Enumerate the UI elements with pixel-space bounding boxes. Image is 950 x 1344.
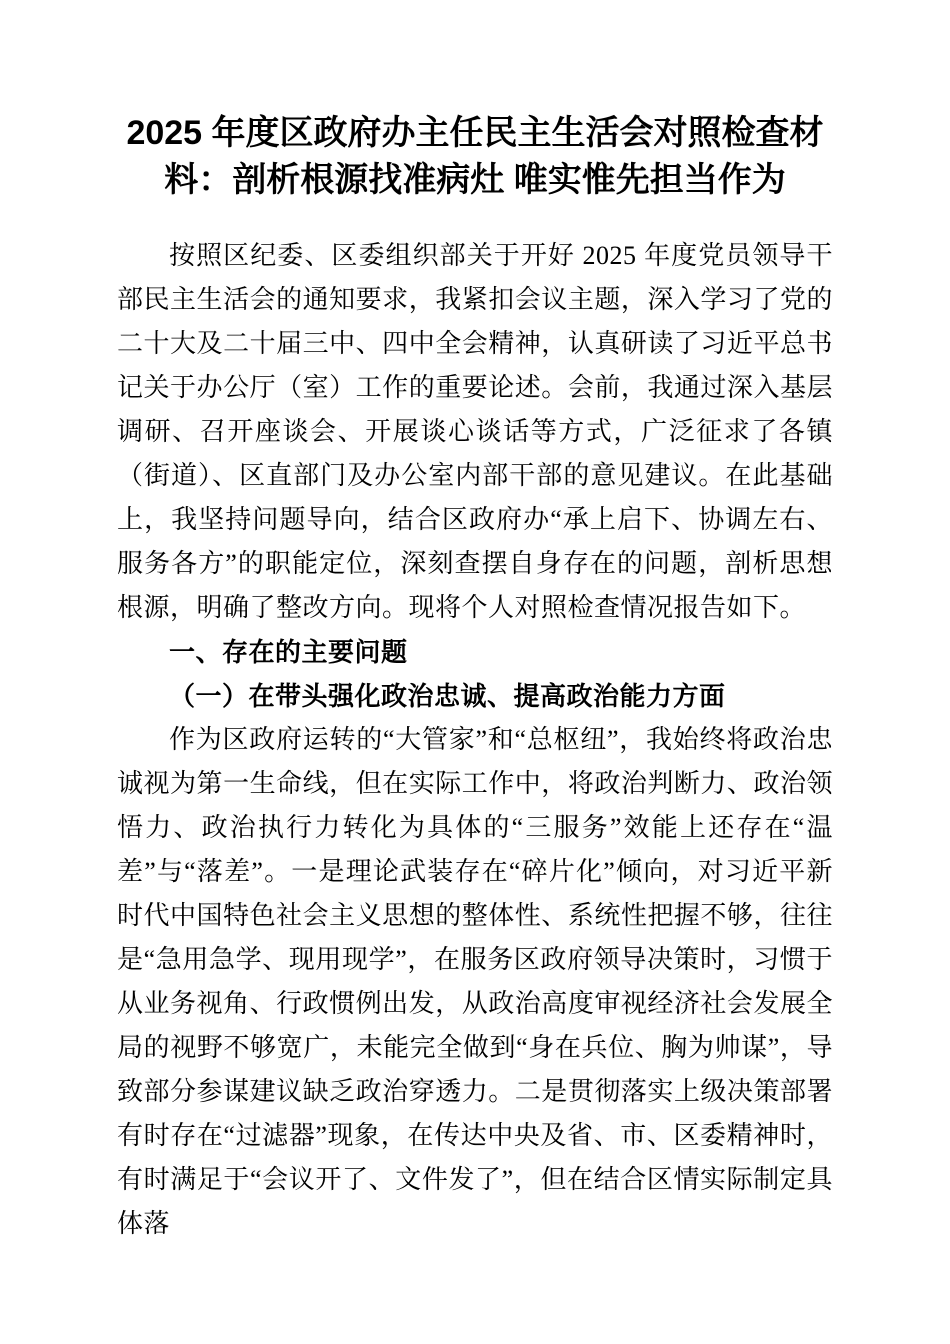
paragraph-political-loyalty-body: 作为区政府运转的“大管家”和“总枢纽”，我始终将政治忠诚视为第一生命线，但在实际… (117, 718, 833, 1246)
document-page: 2025 年度区政府办主任民主生活会对照检查材料：剖析根源找准病灶 唯实惟先担当… (0, 0, 950, 1344)
section-heading-main-problems: 一、存在的主要问题 (117, 630, 833, 674)
document-title: 2025 年度区政府办主任民主生活会对照检查材料：剖析根源找准病灶 唯实惟先担当… (117, 110, 833, 204)
subsection-heading-political-loyalty: （一）在带头强化政治忠诚、提高政治能力方面 (117, 674, 833, 718)
paragraph-intro: 按照区纪委、区委组织部关于开好 2025 年度党员领导干部民主生活会的通知要求，… (117, 234, 833, 630)
